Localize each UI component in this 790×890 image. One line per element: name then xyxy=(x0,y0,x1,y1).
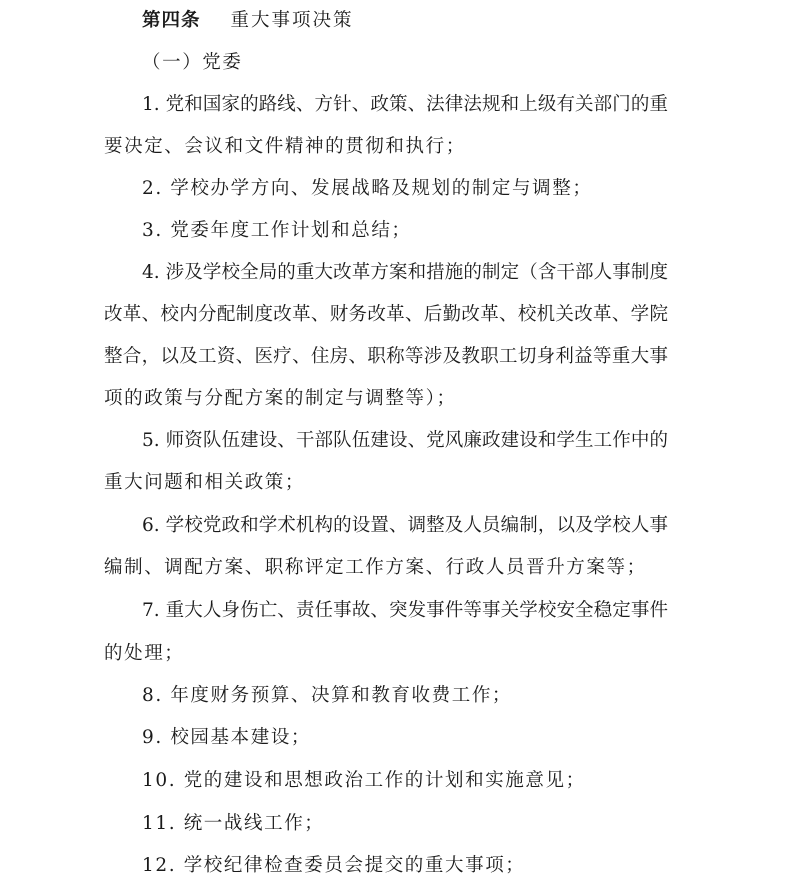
item-4-line-2: 改革、校内分配制度改革、财务改革、后勤改革、校机关改革、学院 xyxy=(104,294,668,336)
item-5-line-2: 重大问题和相关政策； xyxy=(104,462,305,504)
article-title: 重大事项决策 xyxy=(231,10,354,31)
article-heading: 第四条重大事项决策 xyxy=(142,0,354,42)
item-4-line-3: 整合，以及工资、医疗、住房、职称等涉及教职工切身利益等重大事 xyxy=(104,336,668,378)
article-label: 第四条 xyxy=(142,10,201,31)
item-10: 10. 党的建设和思想政治工作的计划和实施意见； xyxy=(142,760,586,802)
item-2: 2. 学校办学方向、发展战略及规划的制定与调整； xyxy=(142,168,592,210)
item-7-line-1: 7. 重大人身伤亡、责任事故、突发事件等事关学校安全稳定事件 xyxy=(142,590,668,632)
item-9: 9. 校园基本建设； xyxy=(142,717,311,759)
item-4-line-1: 4. 涉及学校全局的重大改革方案和措施的制定（含干部人事制度 xyxy=(142,252,668,294)
item-11: 11. 统一战线工作； xyxy=(142,803,324,845)
section-heading: （一）党委 xyxy=(142,42,243,84)
item-1-line-1: 1. 党和国家的路线、方针、政策、法律法规和上级有关部门的重 xyxy=(142,84,668,126)
item-4-line-4: 项的政策与分配方案的制定与调整等）； xyxy=(104,378,457,420)
item-6-line-2: 编制、调配方案、职称评定工作方案、行政人员晋升方案等； xyxy=(104,547,647,589)
item-5-line-1: 5. 师资队伍建设、干部队伍建设、党风廉政建设和学生工作中的 xyxy=(142,420,668,462)
item-8: 8. 年度财务预算、决算和教育收费工作； xyxy=(142,675,512,717)
item-6-line-1: 6. 学校党政和学术机构的设置、调整及人员编制，以及学校人事 xyxy=(142,505,668,547)
item-7-line-2: 的处理； xyxy=(104,633,184,675)
item-12: 12. 学校纪律检查委员会提交的重大事项； xyxy=(142,845,525,887)
item-3: 3. 党委年度工作计划和总结； xyxy=(142,210,412,252)
item-1-line-2: 要决定、会议和文件精神的贯彻和执行； xyxy=(104,126,466,168)
